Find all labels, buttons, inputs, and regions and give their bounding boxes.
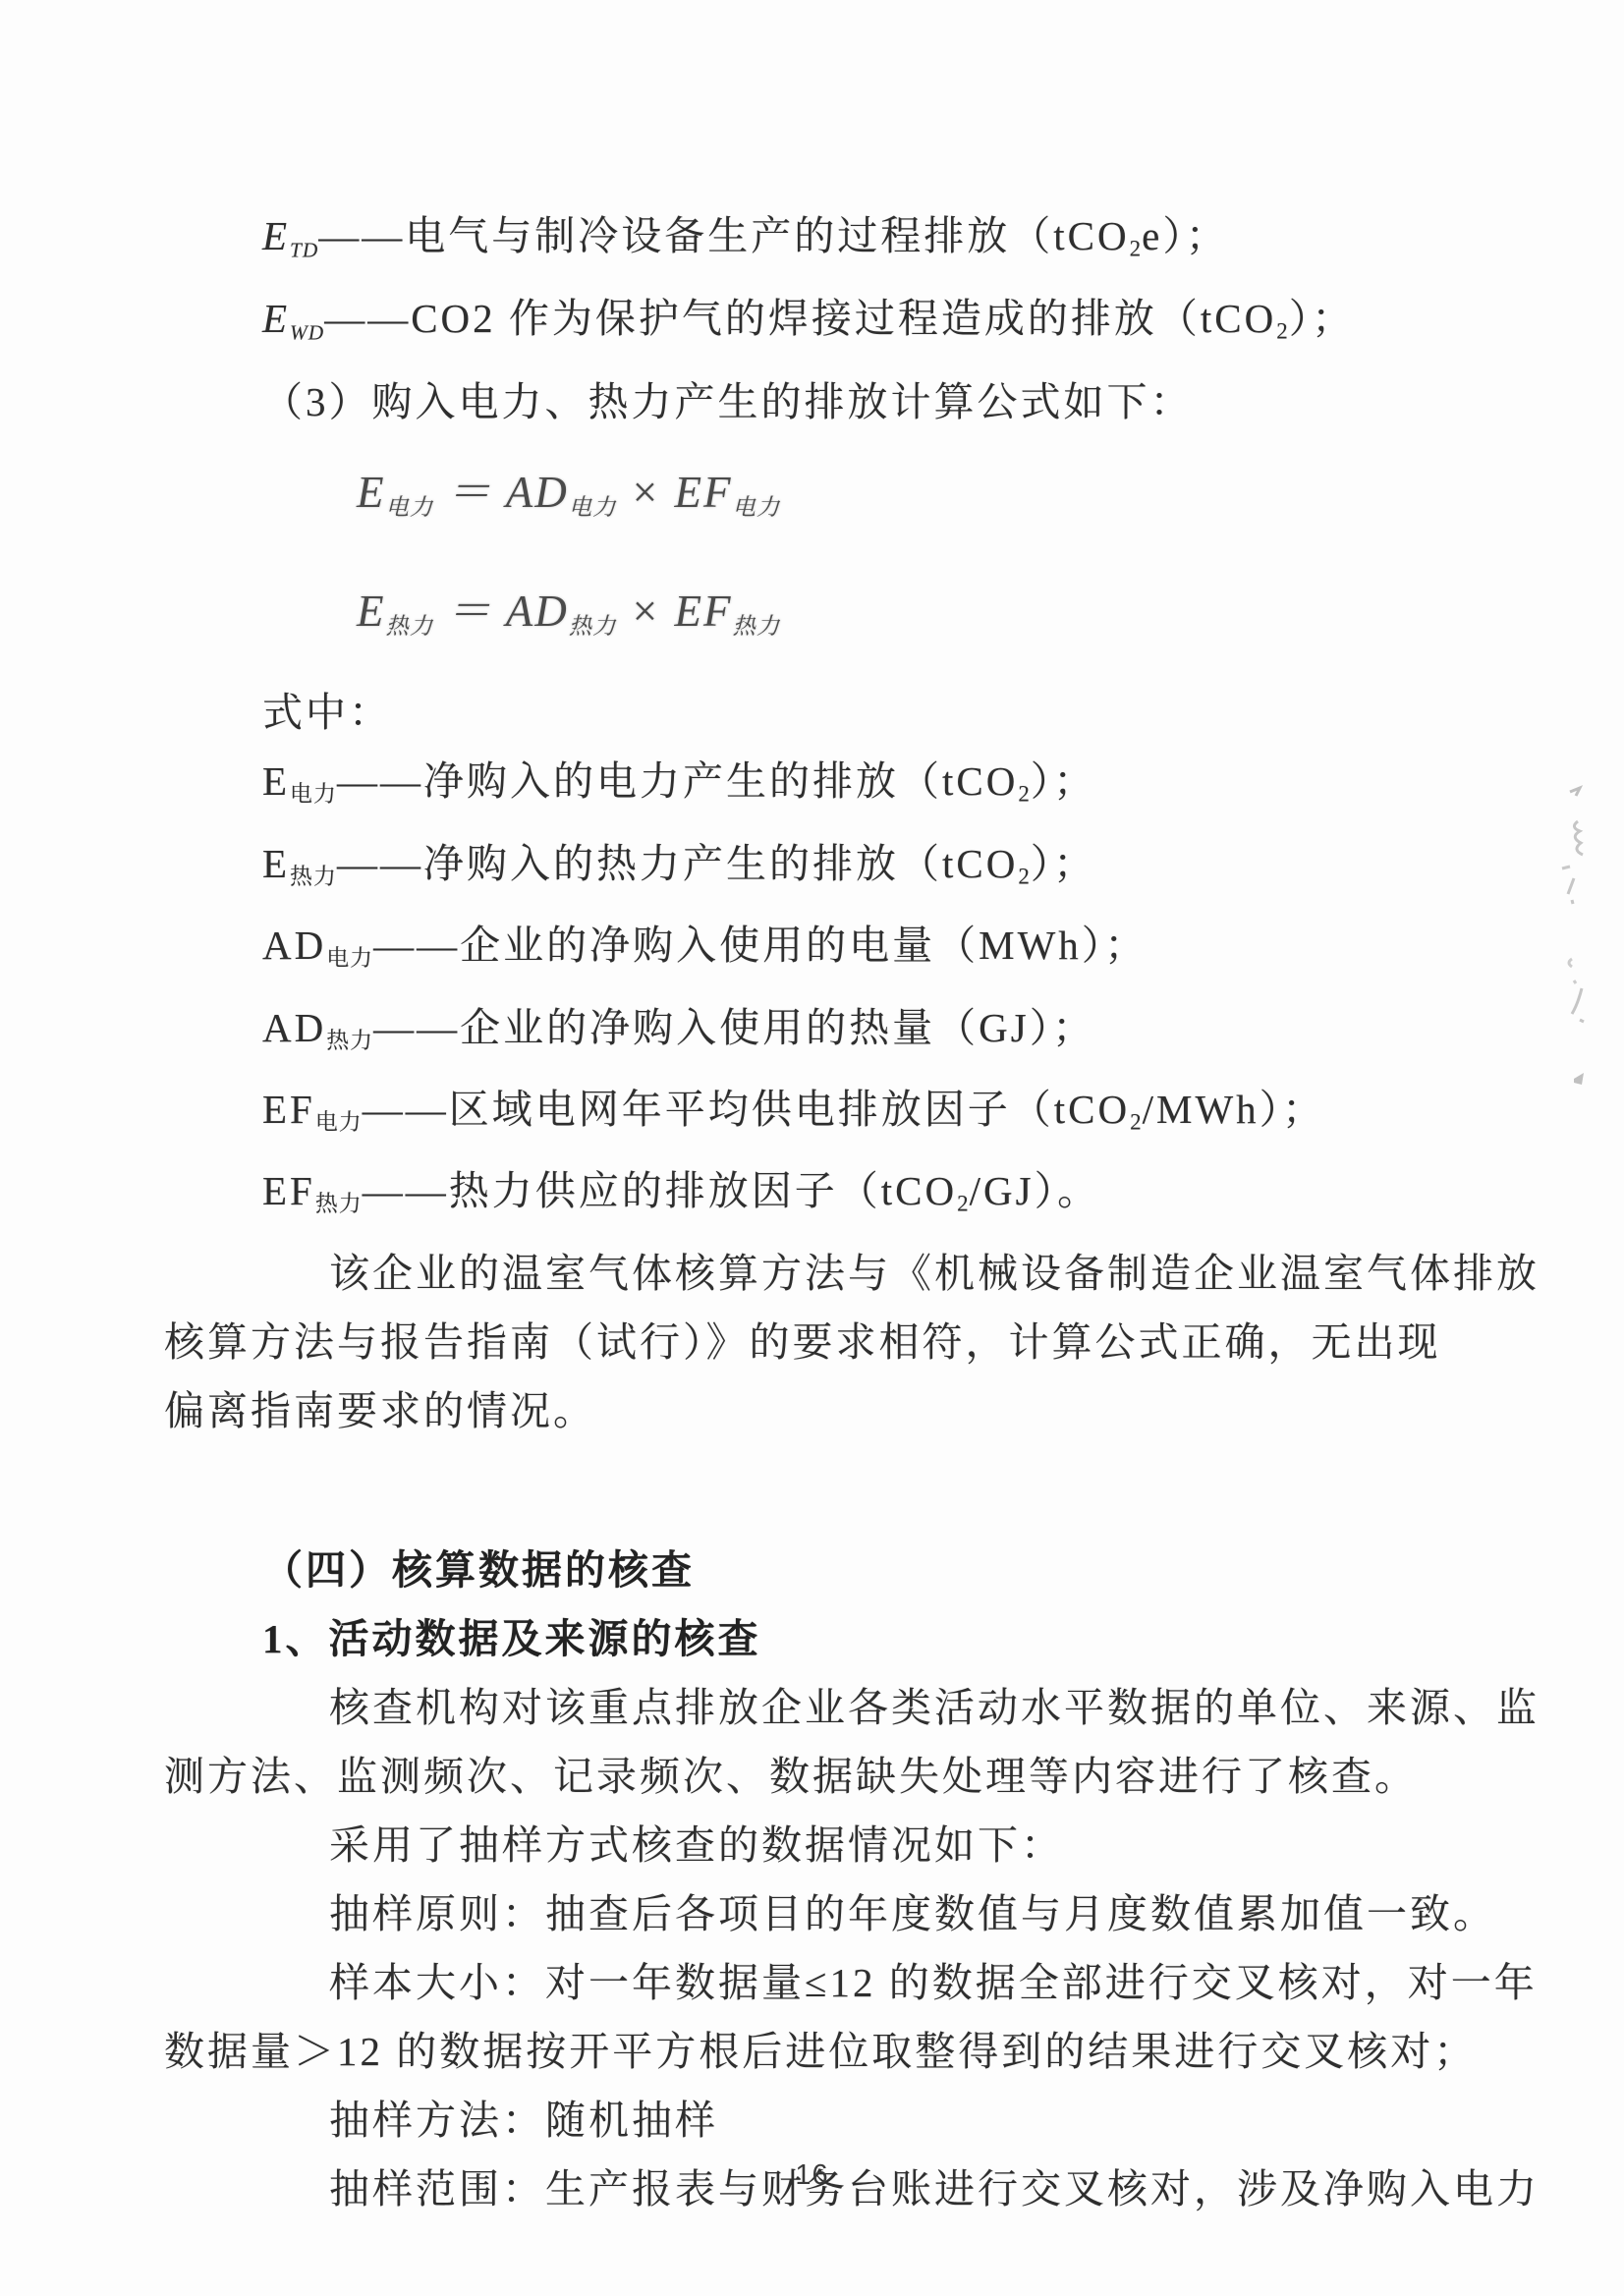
definition-ef-electricity: EF电力——区域电网年平均供电排放因子（tCO2/MWh）； <box>164 1075 1481 1156</box>
text-segment: 测方法、监测频次、记录频次、数据缺失处理等内容进行了核查。 <box>164 1754 1418 1799</box>
text-segment: 偏离指南要求的情况。 <box>164 1388 596 1433</box>
text-segment: AD <box>262 1005 326 1050</box>
paragraph-sampling-intro: 采用了抽样方式核查的数据情况如下： <box>164 1811 1481 1879</box>
paragraph-sampling-method: 抽样方法：随机抽样 <box>164 2086 1481 2155</box>
document-page: ETD——电气与制冷设备生产的过程排放（tCO2e）；EWD——CO2 作为保护… <box>0 0 1624 2296</box>
text-segment: AD <box>262 923 326 968</box>
text-segment: 热力 <box>569 614 617 640</box>
subsection-heading-1: 1、活动数据及来源的核查 <box>164 1604 1481 1673</box>
text-segment: e）； <box>1142 213 1229 258</box>
page-number: 16 <box>0 2159 1624 2192</box>
text-segment: ＝ <box>433 468 506 517</box>
text-segment: ——企业的净购入使用的电量（MWh）； <box>373 923 1148 968</box>
text-segment: 电力 <box>326 946 373 971</box>
text-segment: 核算方法与报告指南（试行）》的要求相符，计算公式正确，无出现 <box>164 1319 1441 1365</box>
text-segment: 样本大小：对一年数据量≤12 的数据全部进行交叉核对，对一年 <box>329 1960 1538 2005</box>
text-segment: 2 <box>1276 319 1288 344</box>
text-segment: EF <box>674 468 732 517</box>
paragraph-conclusion-line-1: 该企业的温室气体核算方法与《机械设备制造企业温室气体排放 <box>164 1239 1481 1308</box>
text-segment: E <box>357 587 386 636</box>
list-item-3: （3）购入电力、热力产生的排放计算公式如下： <box>164 367 1481 436</box>
text-segment: E <box>262 841 290 886</box>
text-segment: × <box>617 468 675 517</box>
text-segment: ——净购入的热力产生的排放（tCO <box>337 841 1018 886</box>
text-segment: 热力 <box>290 864 337 888</box>
paragraph-sample-size-line-1: 样本大小：对一年数据量≤12 的数据全部进行交叉核对，对一年 <box>164 1948 1481 2017</box>
document-content: ETD——电气与制冷设备生产的过程排放（tCO2e）；EWD——CO2 作为保护… <box>164 201 1481 2223</box>
text-segment: ）； <box>1289 296 1356 341</box>
text-segment: AD <box>506 587 569 636</box>
text-segment: 2 <box>1130 236 1142 260</box>
text-segment: 1、活动数据及来源的核查 <box>262 1616 761 1661</box>
text-segment: EF <box>262 1168 315 1213</box>
paragraph-conclusion-line-3: 偏离指南要求的情况。 <box>164 1376 1481 1445</box>
text-segment: E <box>262 213 290 258</box>
text-segment: 抽样原则：抽查后各项目的年度数值与月度数值累加值一致。 <box>329 1891 1496 1936</box>
text-segment: 电力 <box>732 495 780 521</box>
paragraph-conclusion-line-2: 核算方法与报告指南（试行）》的要求相符，计算公式正确，无出现 <box>164 1308 1481 1376</box>
text-segment: E <box>262 296 290 341</box>
text-segment: ——区域电网年平均供电排放因子（tCO <box>363 1087 1130 1132</box>
text-segment: ——净购入的电力产生的排放（tCO <box>337 758 1018 804</box>
text-segment: 数据量＞12 的数据按开平方根后进位取整得到的结果进行交叉核对； <box>164 2029 1477 2074</box>
text-segment: 电力 <box>569 495 617 521</box>
text-segment: 采用了抽样方式核查的数据情况如下： <box>329 1822 1064 1868</box>
definition-e-heat: E热力——净购入的热力产生的排放（tCO2）； <box>164 829 1481 911</box>
text-segment: （四）核算数据的核查 <box>262 1547 695 1593</box>
text-segment: EF <box>674 587 732 636</box>
definition-ad-heat: AD热力——企业的净购入使用的热量（GJ）； <box>164 993 1481 1075</box>
text-segment: E <box>262 758 290 804</box>
paragraph-sampling-principle: 抽样原则：抽查后各项目的年度数值与月度数值累加值一致。 <box>164 1879 1481 1948</box>
text-segment: ＝ <box>433 587 506 636</box>
text-segment: 热力 <box>326 1028 373 1052</box>
text-segment: ——热力供应的排放因子（tCO <box>363 1168 957 1213</box>
text-segment: ——企业的净购入使用的热量（GJ）； <box>373 1005 1095 1050</box>
text-segment: ——CO2 作为保护气的焊接过程造成的排放（tCO <box>324 296 1276 341</box>
text-segment: /MWh）； <box>1143 1087 1326 1132</box>
formula-where-label: 式中： <box>164 678 1481 747</box>
text-segment: 电力 <box>386 495 434 521</box>
text-segment: × <box>617 587 675 636</box>
text-segment: 热力 <box>732 614 780 640</box>
formula-electricity: E电力 ＝ AD电力 × EF电力 <box>164 446 1481 555</box>
text-segment: 2 <box>957 1192 969 1216</box>
symbol-definition-ewd: EWD——CO2 作为保护气的焊接过程造成的排放（tCO2）； <box>164 284 1481 366</box>
text-segment: WD <box>290 321 324 345</box>
text-segment: AD <box>506 468 569 517</box>
text-segment: 核查机构对该重点排放企业各类活动水平数据的单位、来源、监 <box>329 1685 1540 1730</box>
text-segment: （3）购入电力、热力产生的排放计算公式如下： <box>262 379 1194 424</box>
text-segment: ——电气与制冷设备生产的过程排放（tCO <box>318 213 1129 258</box>
text-segment: E <box>357 468 386 517</box>
text-segment: 2 <box>1130 1109 1142 1134</box>
definition-ad-electricity: AD电力——企业的净购入使用的电量（MWh）； <box>164 911 1481 992</box>
symbol-definition-etd: ETD——电气与制冷设备生产的过程排放（tCO2e）； <box>164 201 1481 284</box>
text-segment: 电力 <box>315 1109 363 1134</box>
text-segment: /GJ）。 <box>970 1168 1100 1213</box>
paragraph-activity-line-1: 核查机构对该重点排放企业各类活动水平数据的单位、来源、监 <box>164 1673 1481 1742</box>
paragraph-sample-size-line-2: 数据量＞12 的数据按开平方根后进位取整得到的结果进行交叉核对； <box>164 2017 1481 2086</box>
text-segment: 电力 <box>290 782 337 807</box>
text-segment: 2 <box>1018 864 1030 888</box>
text-segment: 该企业的温室气体核算方法与《机械设备制造企业温室气体排放 <box>329 1251 1540 1296</box>
text-segment: 热力 <box>315 1192 363 1216</box>
definition-ef-heat: EF热力——热力供应的排放因子（tCO2/GJ）。 <box>164 1156 1481 1238</box>
text-segment: EF <box>262 1087 315 1132</box>
formula-heat: E热力 ＝ AD热力 × EF热力 <box>164 565 1481 674</box>
text-segment: 2 <box>1018 782 1030 807</box>
definition-e-electricity: E电力——净购入的电力产生的排放（tCO2）； <box>164 747 1481 828</box>
text-segment: TD <box>290 238 318 261</box>
section-heading-4: （四）核算数据的核查 <box>164 1536 1481 1604</box>
handwritten-scan-artifact <box>1548 784 1597 1108</box>
text-segment: ）； <box>1031 841 1097 886</box>
text-segment: 抽样方法：随机抽样 <box>329 2098 718 2143</box>
text-segment: 热力 <box>386 614 434 640</box>
paragraph-activity-line-2: 测方法、监测频次、记录频次、数据缺失处理等内容进行了核查。 <box>164 1742 1481 1811</box>
text-segment: ）； <box>1031 758 1097 804</box>
text-segment: 式中： <box>262 690 392 735</box>
